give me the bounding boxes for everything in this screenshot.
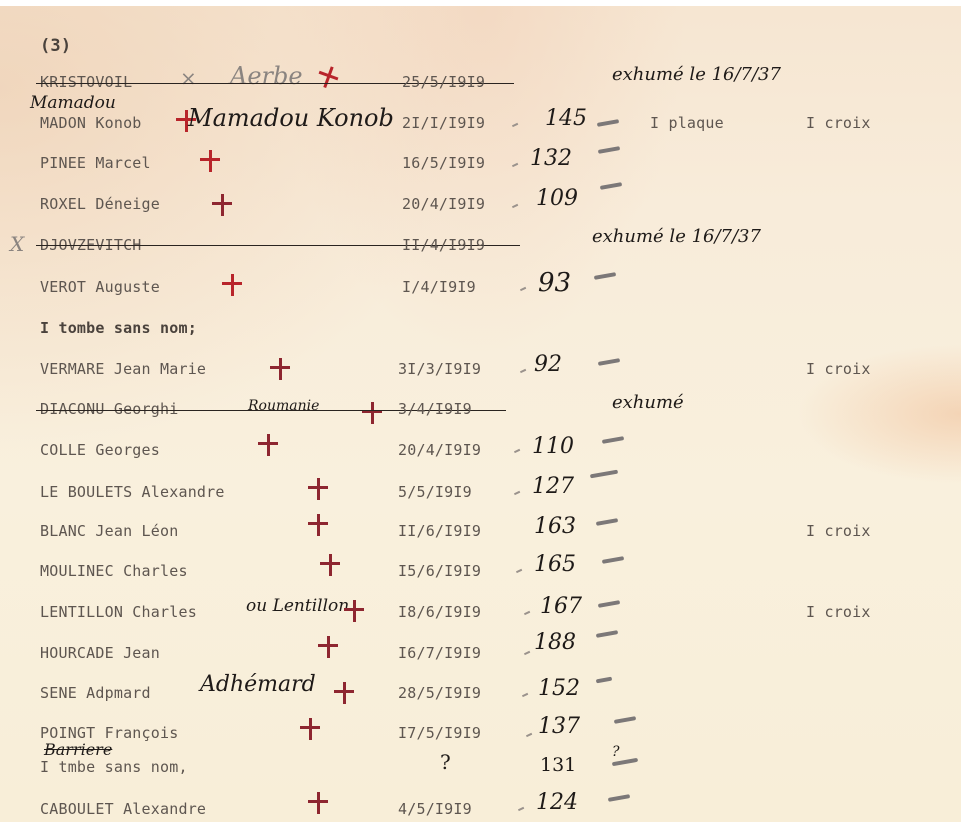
row-name: PINEE Marcel [40, 154, 151, 172]
tick-mark [524, 651, 530, 655]
tick-mark [520, 287, 526, 291]
row-date: 20/4/I9I9 [402, 195, 485, 213]
row-number: 109 [536, 186, 578, 211]
row-item: I plaque [650, 114, 724, 132]
pencil-dash [614, 716, 636, 724]
row-name: CABOULET Alexandre [40, 800, 206, 818]
row-name: KRISTOVOIL [40, 73, 132, 91]
row-number: 93 [538, 268, 571, 298]
margin-x-mark: X [10, 232, 24, 256]
red-cross-icon [212, 194, 232, 216]
row-name: MOULINEC Charles [40, 562, 188, 580]
pencil-dash [602, 436, 624, 444]
row-name: VERMARE Jean Marie [40, 360, 206, 378]
tick-mark [512, 123, 518, 127]
tick-mark [514, 449, 520, 453]
red-cross-icon [200, 150, 220, 172]
pencil-dash [590, 470, 618, 479]
row-date: 3I/3/I9I9 [398, 360, 481, 378]
row-name: DIACONU Georghi [40, 400, 178, 418]
tick-mark [512, 204, 518, 208]
tick-mark [526, 733, 532, 737]
row-number: 188 [534, 630, 576, 655]
red-cross-icon [315, 63, 341, 91]
row-date: 3/4/I9I9 [398, 400, 472, 418]
row-number: 131 [540, 754, 576, 776]
red-cross-icon [308, 514, 328, 536]
row-item: I croix [806, 603, 871, 621]
row-date: I5/6/I9I9 [398, 562, 481, 580]
row-date: I7/5/I9I9 [398, 724, 481, 742]
row-note: ? [612, 744, 620, 760]
row-name: BLANC Jean Léon [40, 522, 178, 540]
page-number: (3) [40, 36, 71, 56]
row-date: II/4/I9I9 [402, 236, 485, 254]
row-date: I6/7/I9I9 [398, 644, 481, 662]
row-date: I/4/I9I9 [402, 278, 476, 296]
row-number: 92 [534, 352, 562, 377]
row-date: 16/5/I9I9 [402, 154, 485, 172]
red-cross-icon [222, 274, 242, 296]
row-number: 145 [545, 106, 587, 131]
pencil-dash [602, 556, 624, 564]
row-date: 25/5/I9I9 [402, 73, 485, 91]
red-cross-icon [270, 358, 290, 380]
row-number: 132 [530, 146, 572, 171]
row-item: I croix [806, 114, 871, 132]
row-date: 28/5/I9I9 [398, 684, 481, 702]
tick-mark [516, 569, 522, 573]
row-number: 124 [536, 790, 578, 815]
pencil-dash [600, 182, 622, 190]
row-annotation: Mamadou Konob [188, 104, 394, 132]
row-date: 2I/I/I9I9 [402, 114, 485, 132]
tick-mark [520, 369, 526, 373]
row-name: I tombe sans nom; [40, 319, 197, 337]
row-date: II/6/I9I9 [398, 522, 481, 540]
pencil-dash [596, 630, 618, 638]
row-date: 4/5/I9I9 [398, 800, 472, 818]
row-note: exhumé [612, 392, 684, 413]
pencil-x-mark: × [180, 66, 197, 90]
row-number: 137 [538, 714, 580, 739]
red-cross-icon [258, 434, 278, 456]
document-page: (3) KRISTOVOIL × Aerbe 25/5/I9I9 exhumé … [0, 6, 961, 822]
row-name: COLLE Georges [40, 441, 160, 459]
row-name: VEROT Auguste [40, 278, 160, 296]
row-item: I croix [806, 360, 871, 378]
row-number: 165 [534, 552, 576, 577]
row-name: I tmbe sans nom, [40, 758, 188, 776]
row-name: HOURCADE Jean [40, 644, 160, 662]
pencil-dash [596, 677, 612, 684]
red-cross-icon [334, 682, 354, 704]
pencil-dash [608, 794, 630, 802]
row-annotation: Adhémard [200, 672, 316, 697]
row-annotation-above: Barriere [44, 740, 112, 759]
pencil-dash [598, 600, 620, 608]
tick-mark [512, 163, 518, 167]
tick-mark [514, 491, 520, 495]
red-cross-icon [308, 478, 328, 500]
row-annotation: ou Lentillon [246, 596, 349, 616]
tick-mark [524, 611, 530, 615]
row-item: I croix [806, 522, 871, 540]
row-number: 152 [538, 676, 580, 701]
red-cross-icon [308, 792, 328, 814]
red-cross-icon [300, 718, 320, 740]
red-cross-icon [362, 402, 382, 424]
row-name: LENTILLON Charles [40, 603, 197, 621]
row-annotation-above: Mamadou [30, 93, 116, 113]
row-annotation: Aerbe [230, 62, 303, 90]
pencil-dash [594, 272, 616, 280]
row-date: I8/6/I9I9 [398, 603, 481, 621]
pencil-dash [598, 358, 620, 366]
pencil-dash [597, 119, 619, 127]
row-name: SENE Adpmard [40, 684, 151, 702]
row-number: 167 [540, 594, 582, 619]
row-note: exhumé le 16/7/37 [612, 64, 781, 85]
red-cross-icon [318, 636, 338, 658]
tick-mark [522, 693, 528, 697]
row-name: MADON Konob [40, 114, 142, 132]
red-cross-icon [344, 600, 364, 622]
row-number: 110 [532, 434, 574, 459]
row-date: 20/4/I9I9 [398, 441, 481, 459]
pencil-dash [598, 146, 620, 154]
red-cross-icon [320, 554, 340, 576]
pencil-dash [596, 518, 618, 526]
row-date: 5/5/I9I9 [398, 483, 472, 501]
row-annotation: Roumanie [248, 398, 319, 414]
row-date: ? [440, 750, 451, 774]
row-name: ROXEL Déneige [40, 195, 160, 213]
tick-mark [518, 807, 524, 811]
row-number: 163 [534, 514, 576, 539]
row-name: LE BOULETS Alexandre [40, 483, 225, 501]
row-number: 127 [532, 474, 574, 499]
row-note: exhumé le 16/7/37 [592, 226, 761, 247]
